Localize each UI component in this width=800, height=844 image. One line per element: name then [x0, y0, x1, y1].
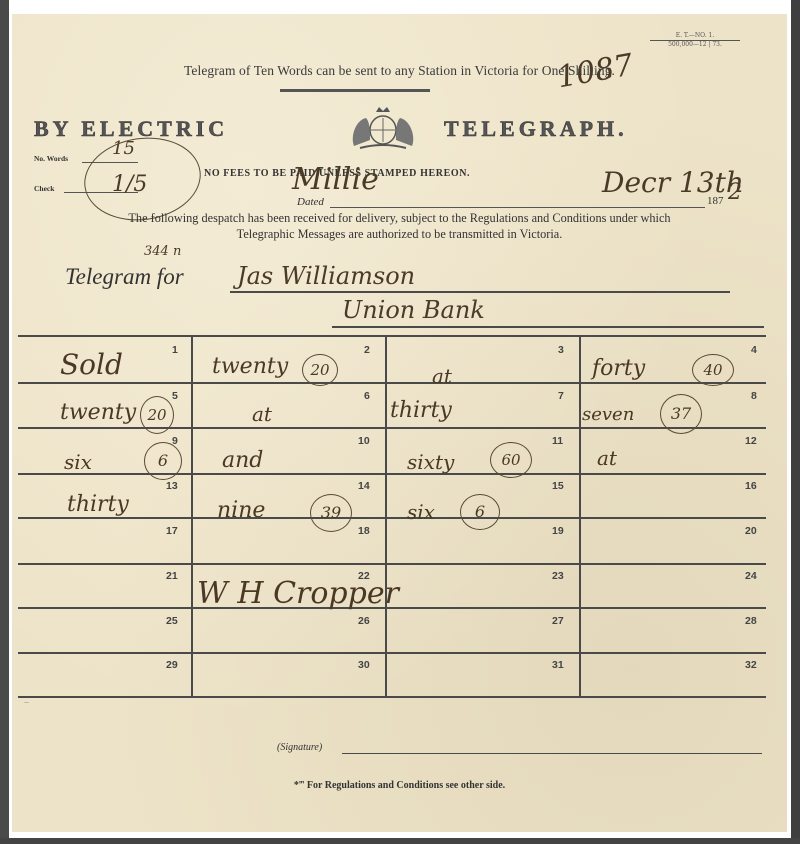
cell-number: 32 — [745, 659, 757, 671]
sender-signature: W H Cropper — [197, 576, 399, 611]
cell-number: 14 — [358, 480, 370, 492]
cell-number: 19 — [552, 525, 564, 537]
cell-number: 8 — [751, 390, 757, 402]
grid-column-rule — [191, 336, 193, 697]
cell-number: 28 — [745, 615, 757, 627]
cell-number: 4 — [751, 344, 757, 356]
circled-numeral: 6 — [144, 442, 182, 480]
grid-rule — [18, 427, 766, 429]
circled-numeral: 6 — [460, 494, 500, 530]
telegram-form: E. T.—NO. 1. 500,000—12 | 73. Telegram o… — [12, 14, 787, 832]
message-word: thirty — [390, 398, 452, 423]
signature-label: (Signature) — [277, 742, 322, 753]
cell-number: 25 — [166, 615, 178, 627]
cell-number: 15 — [552, 480, 564, 492]
cell-number: 26 — [358, 615, 370, 627]
circled-numeral: 20 — [302, 354, 338, 386]
grid-rule — [18, 563, 766, 565]
message-word: at — [252, 402, 272, 426]
scan-frame-right — [791, 0, 800, 844]
message-word: nine — [217, 498, 265, 523]
cell-number: 18 — [358, 525, 370, 537]
cell-number: 7 — [558, 390, 564, 402]
cell-number: 20 — [745, 525, 757, 537]
cell-number: 24 — [745, 570, 757, 582]
signature-line[interactable] — [342, 753, 762, 754]
message-word: twenty — [212, 354, 288, 379]
message-word: at — [597, 446, 617, 470]
grid-rule — [18, 335, 766, 337]
cell-number: 30 — [358, 659, 370, 671]
cell-number: 3 — [558, 344, 564, 356]
message-word: thirty — [67, 492, 129, 517]
grid-rule — [18, 696, 766, 698]
cell-number: 23 — [552, 570, 564, 582]
circled-numeral: 60 — [490, 442, 532, 478]
cell-number: 31 — [552, 659, 564, 671]
circled-numeral: 20 — [140, 396, 174, 434]
grid-rule — [18, 652, 766, 654]
grid-rule — [18, 473, 766, 475]
message-word: six — [407, 500, 435, 524]
circled-numeral: 37 — [660, 394, 702, 434]
message-word: Sold — [60, 348, 123, 381]
cell-number: 5 — [172, 390, 178, 402]
grid-rule — [18, 517, 766, 519]
cell-number: 2 — [364, 344, 370, 356]
cell-number: 29 — [166, 659, 178, 671]
cell-number: 13 — [166, 480, 178, 492]
cell-number: 6 — [364, 390, 370, 402]
circled-numeral: 39 — [310, 494, 352, 532]
printer-mark: — — [24, 700, 29, 706]
message-word: twenty — [60, 400, 136, 425]
scan-frame-left — [0, 0, 9, 844]
cell-number: 11 — [552, 435, 563, 447]
message-word: seven — [582, 404, 634, 425]
circled-numeral: 40 — [692, 354, 734, 386]
message-word: and — [222, 448, 263, 473]
message-word: six — [64, 450, 92, 474]
regulations-note: *‴ For Regulations and Conditions see ot… — [12, 780, 787, 791]
cell-number: 16 — [745, 480, 757, 492]
grid-column-rule — [579, 336, 581, 697]
scan-frame-bottom — [0, 838, 800, 844]
cell-number: 10 — [358, 435, 370, 447]
message-grid: 1 2 3 4 5 6 7 8 9 10 11 12 13 14 15 16 1… — [12, 14, 787, 832]
message-word: forty — [592, 356, 645, 381]
cell-number: 21 — [166, 570, 178, 582]
grid-rule — [18, 382, 766, 384]
message-word: sixty — [407, 450, 454, 474]
cell-number: 12 — [745, 435, 757, 447]
cell-number: 17 — [166, 525, 178, 537]
cell-number: 27 — [552, 615, 564, 627]
cell-number: 1 — [172, 344, 178, 356]
message-word: at — [432, 364, 452, 388]
grid-column-rule — [385, 336, 387, 697]
